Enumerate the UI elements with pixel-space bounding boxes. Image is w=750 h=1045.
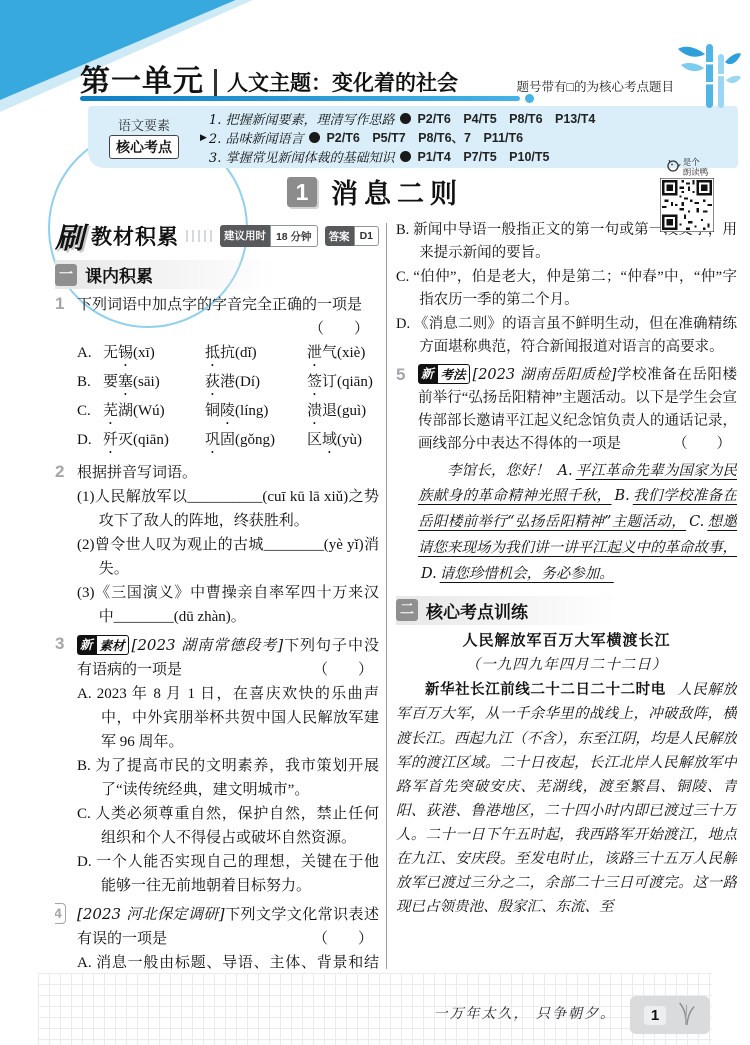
question-stem: 下列词语中加点字的字音完全正确的一项是 [77,293,379,317]
content-columns: 刷 教材积累 建议用时 18 分钟 答案 D1 一 课内积累 1 下列词语中 [55,219,737,971]
exam-source: [2023 湖南岳阳质检] [473,367,617,383]
fill-blank-item: (1)人民解放军以__________(cuī kū lā xiǔ)之势攻下了敌… [77,485,379,533]
left-column: 刷 教材积累 建议用时 18 分钟 答案 D1 一 课内积累 1 下列词语中 [55,219,379,971]
right-column: B. 新闻中导语一般指正文的第一句或第一段文字，用来提示新闻的要旨。 C. “伯… [396,219,737,971]
duck-icon [666,159,681,177]
essentials-item: 2. 品味新闻语言 P2/T6 P5/T7 P8/T6、7 P11/T6 [209,128,738,147]
exam-source: [2023 湖南常德段考] [132,636,284,654]
question-number: 5 [396,365,405,385]
question-stem: 新素材[2023 湖南常德段考]下列句子中没有语病的一项是 （ ） [77,633,379,682]
dialogue-label: D. [421,566,437,582]
essentials-list: 1. 把握新闻要素，理清写作思路 P2/T6 P4/T5 P8/T6 P13/T… [209,109,738,166]
workbook-page: 第一单元 人文主题：变化着的社会 题号带有□的为核心考点题目 语文要素 核心考点… [0,0,750,1045]
option-word: 芜湖(Wú) [103,399,205,428]
option-word: 溃退(guì) [307,399,379,428]
option-word: 泄气(xiè) [307,341,379,370]
article-title: 人民解放军百万大军横渡长江 [396,629,737,653]
qr-caption: 是个 朗读鸭 [654,158,720,178]
question-4: 4 [2023 河北保定调研]下列文学文化常识表述有误的一项是 （ ） A. 消… [55,902,379,971]
option: A. 2023 年 8 月 1 日，在喜庆欢快的乐曲声中，中外宾朋举杯共贺中国人… [77,682,379,754]
question-number: 2 [55,462,64,482]
qr-caption-text: 是个 朗读鸭 [683,158,709,178]
option: D. 《消息二则》的语言虽不鲜明生动，但在准确精练方面堪称典范，符合新闻报道对语… [396,313,737,360]
column-divider [386,223,387,969]
option-word: 签订(qiān) [307,370,379,399]
brand-dot-icon [400,113,411,124]
option-word: 巩固(gǒng) [205,428,307,457]
option: C. “伯仲”，伯是老大，仲是第二；“仲春”中，“仲”字指农历一季的第二个月。 [396,266,737,313]
dialogue-label: B. [615,488,630,504]
dialogue-label: C. [689,514,704,530]
question-2: 2 根据拼音写词语。 (1)人民解放军以__________(cuī kū lā… [55,461,379,629]
essentials-panel: 语文要素 核心考点 ▶ 1. 把握新闻要素，理清写作思路 P2/T6 P4/T5… [88,106,738,168]
fill-blank-item: (3)《三国演义》中曹操亲自率军四十万来汉中________(dū zhàn)。 [77,581,379,629]
option-word: 要塞(sāi) [103,370,205,399]
question-5: 5 新考法[2023 湖南岳阳质检]学校准备在岳阳楼前举行“弘扬岳阳精神”主题活… [396,364,737,588]
article-text: 人民解放军百万大军，从一千余华里的战线上，冲破敌阵，横渡长江。西起九江（不含），… [396,682,737,915]
essentials-label: 语文要素 核心考点 [88,115,200,159]
option-word: 无锡(xī) [103,341,205,370]
question-number: 1 [55,294,64,314]
option-row: C. 芜湖(Wú) 铜陵(líng) 溃退(guì) [77,399,379,428]
dialogue-label: A. [558,463,573,479]
answer-ref-badge: 答案 D1 [325,226,379,246]
suggested-time-badge: 建议用时 18 分钟 [220,225,318,247]
qr-block: 是个 朗读鸭 [654,158,720,237]
brand-dot-icon [309,132,320,143]
essentials-item: 1. 把握新闻要素，理清写作思路 P2/T6 P4/T5 P8/T6 P13/T… [209,109,738,128]
essentials-item-text: 2. 品味新闻语言 [209,128,304,147]
drill-title: 教材积累 [91,221,179,251]
option-word: 抵抗(dǐ) [205,341,307,370]
article-dateline: （一九四九年四月二十二日） [396,654,737,677]
essentials-item-text: 3. 掌握常见新闻体裁的基础知识 [209,147,395,166]
option-word: 铜陵(líng) [205,399,307,428]
question-number-boxed: 4 [55,903,66,924]
essentials-item-text: 1. 把握新闻要素，理清写作思路 [209,109,395,128]
option-word: 荻港(Dí) [205,370,307,399]
option-row: A. 无锡(xī) 抵抗(dǐ) 泄气(xiè) [77,341,379,370]
new-method-badge: 新考法 [418,364,470,384]
option-word: 歼灭(qiān) [103,428,205,457]
essentials-item-refs: P2/T6 P4/T5 P8/T6 P13/T4 [417,109,595,127]
footer-motto: 一万年太久， 只争朝夕。 [434,1003,616,1023]
question-stem: 新考法[2023 湖南岳阳质检]学校准备在岳阳楼前举行“弘扬岳阳精神”主题活动。… [418,364,737,457]
drill-section-header: 刷 教材积累 建议用时 18 分钟 答案 D1 [55,219,379,253]
dialogue-passage: 李馆长，您好！ A.平江革命先辈为国家为民族献身的革命精神光照千秋，B.我们学校… [418,459,737,588]
essentials-label-top: 语文要素 [88,115,200,134]
part2-header: 二 核心考点训练 [396,596,616,625]
page-number: 1 [644,1006,666,1025]
lesson-header: 1 消息二则 [0,172,750,211]
qr-code [660,219,714,236]
essentials-label-bottom: 核心考点 [109,135,179,159]
article-body: 新华社长江前线二十二日二十二时电人民解放军百万大军，从一千余华里的战线上，冲破敌… [396,678,737,919]
option-word: 区域(yù) [307,428,379,457]
page-header: 第一单元 人文主题：变化着的社会 题号带有□的为核心考点题目 [80,56,738,100]
essentials-item-refs: P1/T4 P7/T5 P10/T5 [417,147,549,165]
brand-glyph: 刷 [55,219,84,257]
question-stem: [2023 河北保定调研]下列文学文化常识表述有误的一项是 （ ） [77,902,379,951]
underlined-segment: 请您珍惜机会，务必参加。 [440,566,614,582]
option-row: B. 要塞(sāi) 荻港(Dí) 签订(qiān) [77,370,379,399]
question-number: 3 [55,634,64,654]
article-lead: 新华社长江前线二十二日二十二时电 [425,682,666,698]
question-1: 1 下列词语中加点字的字音完全正确的一项是 （ ） A. 无锡(xī) 抵抗(d… [55,293,379,457]
option: B. 为了提高市民的文明素养，我市策划开展了“读传统经典，建文明城市”。 [77,754,379,802]
new-material-badge: 新素材 [77,635,129,655]
unit-title: 第一单元 [80,56,204,100]
option: C. 人类必须尊重自然，保护自然，禁止任何组织和个人不得侵占或破坏自然资源。 [77,802,379,850]
lesson-title: 消息二则 [331,179,463,209]
grass-icon [676,1000,696,1031]
accent-underline [80,96,520,101]
bamboo-icon [676,42,742,115]
answer-bracket: （ ） [313,927,373,951]
answer-bracket: （ ） [313,658,373,682]
triangle-right-icon: ▶ [200,132,207,143]
answer-bracket: （ ） [673,433,731,456]
exam-source: [2023 河北保定调研] [77,905,225,923]
page-number-box: 1 [630,996,710,1034]
lesson-number-badge: 1 [287,177,317,207]
question-stem: 根据拼音写词语。 [77,461,379,485]
essentials-item-refs: P2/T6 P5/T7 P8/T6、7 P11/T6 [326,128,523,146]
question-3: 3 新素材[2023 湖南常德段考]下列句子中没有语病的一项是 （ ） A. 2… [55,633,379,898]
dialogue-intro: 李馆长，您好！ [447,463,550,479]
option: D. 一个人能否实现自己的理想，关键在于他能够一往无前地朝着目标努力。 [77,850,379,898]
header-separator [214,69,217,98]
answer-bracket: （ ） [77,317,379,341]
part1-header: 一 课内积累 [55,260,275,289]
hatch-decoration [186,230,213,242]
brand-dot-icon [400,151,411,162]
fill-blank-item: (2)曾令世人叹为观止的古城________(yè yǐ)消失。 [77,533,379,581]
option-row: D. 歼灭(qiān) 巩固(gǒng) 区域(yù) [77,428,379,457]
option: A. 消息一般由标题、导语、主体、背景和结语组成，它的写作要求是真实、及时、简明… [77,951,379,971]
